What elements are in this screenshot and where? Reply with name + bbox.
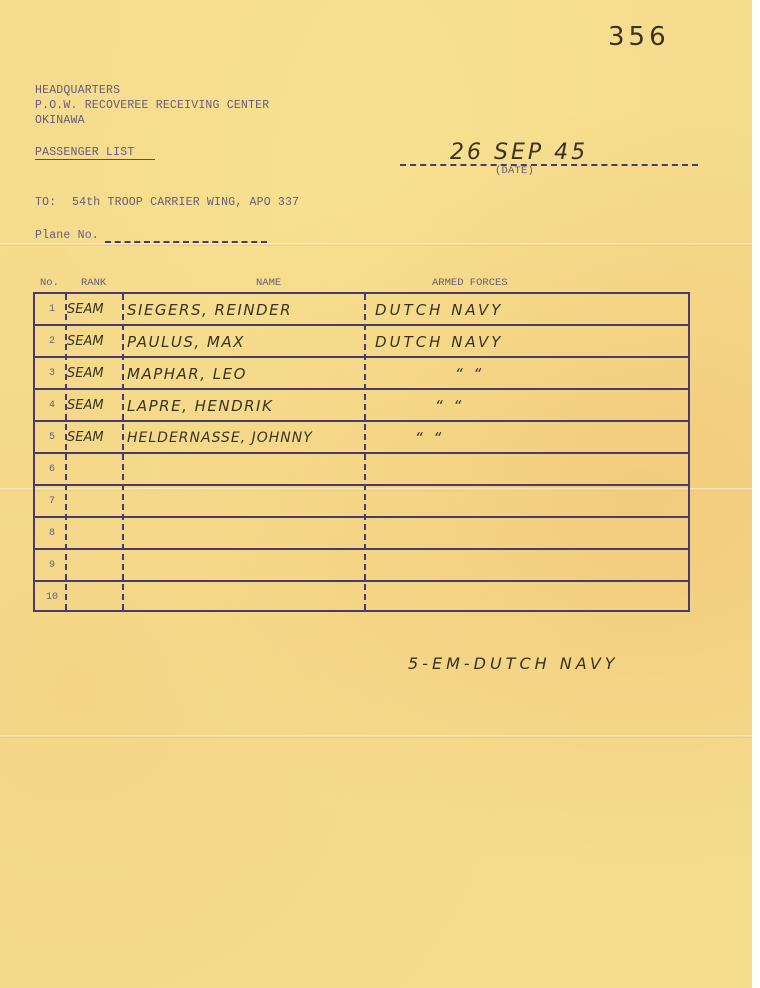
header-line-3: OKINAWA: [35, 114, 85, 127]
row-number: 9: [38, 550, 66, 580]
armed-forces-cell: [375, 454, 675, 484]
plane-no-field: [105, 241, 267, 243]
rank-cell: SEAM: [67, 294, 122, 324]
armed-forces-cell: DUTCH NAVY: [375, 326, 675, 356]
rank-cell: [67, 550, 122, 580]
rank-cell: SEAM: [67, 326, 122, 356]
date-value: 26 SEP 45: [450, 140, 588, 165]
date-label: (DATE): [495, 165, 534, 177]
table-row: 3 SEAM MAPHAR, LEO “ “: [35, 358, 688, 390]
armed-forces-cell: “ “: [435, 390, 735, 420]
name-cell: [127, 518, 362, 548]
rank-cell: SEAM: [67, 422, 122, 452]
summary-note: 5-EM-DUTCH NAVY: [408, 654, 619, 673]
column-header-no: No.: [40, 277, 59, 289]
table-row: 8: [35, 518, 688, 550]
armed-forces-cell: [375, 518, 675, 548]
row-number: 6: [38, 454, 66, 484]
header-line-2: P.O.W. RECOVEREE RECEIVING CENTER: [35, 99, 269, 112]
armed-forces-cell: “ “: [415, 422, 715, 452]
date-line: [400, 164, 698, 166]
name-cell: HELDERNASSE, JOHNNY: [127, 422, 362, 452]
table-row: 7: [35, 486, 688, 518]
rank-cell: SEAM: [67, 390, 122, 420]
rank-cell: SEAM: [67, 358, 122, 388]
to-value: 54th TROOP CARRIER WING, APO 337: [72, 196, 299, 209]
name-cell: LAPRE, HENDRIK: [127, 390, 362, 420]
rank-cell: [67, 582, 122, 612]
table-row: 6: [35, 454, 688, 486]
row-number: 7: [38, 486, 66, 516]
row-number: 8: [38, 518, 66, 548]
row-number: 1: [38, 294, 66, 324]
table-row: 5 SEAM HELDERNASSE, JOHNNY “ “: [35, 422, 688, 454]
rank-cell: [67, 518, 122, 548]
fold-crease: [0, 243, 752, 246]
name-cell: [127, 486, 362, 516]
table-row: 9: [35, 550, 688, 582]
name-cell: MAPHAR, LEO: [127, 358, 362, 388]
row-number: 4: [38, 390, 66, 420]
column-header-name: NAME: [256, 277, 281, 289]
name-cell: [127, 454, 362, 484]
column-header-armed-forces: ARMED FORCES: [432, 277, 508, 289]
table-row: 10: [35, 582, 688, 614]
row-number: 10: [38, 582, 66, 612]
armed-forces-cell: [375, 550, 675, 580]
name-cell: PAULUS, MAX: [127, 326, 362, 356]
row-number: 2: [38, 326, 66, 356]
row-number: 5: [38, 422, 66, 452]
armed-forces-cell: DUTCH NAVY: [375, 294, 675, 324]
armed-forces-cell: “ “: [455, 358, 755, 388]
table-row: 2 SEAM PAULUS, MAX DUTCH NAVY: [35, 326, 688, 358]
rank-cell: [67, 486, 122, 516]
armed-forces-cell: [375, 582, 675, 612]
row-number: 3: [38, 358, 66, 388]
document-title: PASSENGER LIST: [35, 146, 155, 160]
page-number: 356: [608, 22, 670, 52]
table-row: 4 SEAM LAPRE, HENDRIK “ “: [35, 390, 688, 422]
passenger-table: 1 SEAM SIEGERS, REINDER DUTCH NAVY 2 SEA…: [33, 292, 690, 612]
to-label: TO:: [35, 196, 56, 209]
name-cell: [127, 550, 362, 580]
name-cell: SIEGERS, REINDER: [127, 294, 362, 324]
fold-crease: [0, 735, 752, 738]
name-cell: [127, 582, 362, 612]
header-line-1: HEADQUARTERS: [35, 84, 120, 97]
page-edge: [752, 0, 760, 988]
armed-forces-cell: [375, 486, 675, 516]
column-header-rank: RANK: [81, 277, 106, 289]
plane-no-label: Plane No.: [35, 229, 99, 242]
table-row: 1 SEAM SIEGERS, REINDER DUTCH NAVY: [35, 294, 688, 326]
rank-cell: [67, 454, 122, 484]
